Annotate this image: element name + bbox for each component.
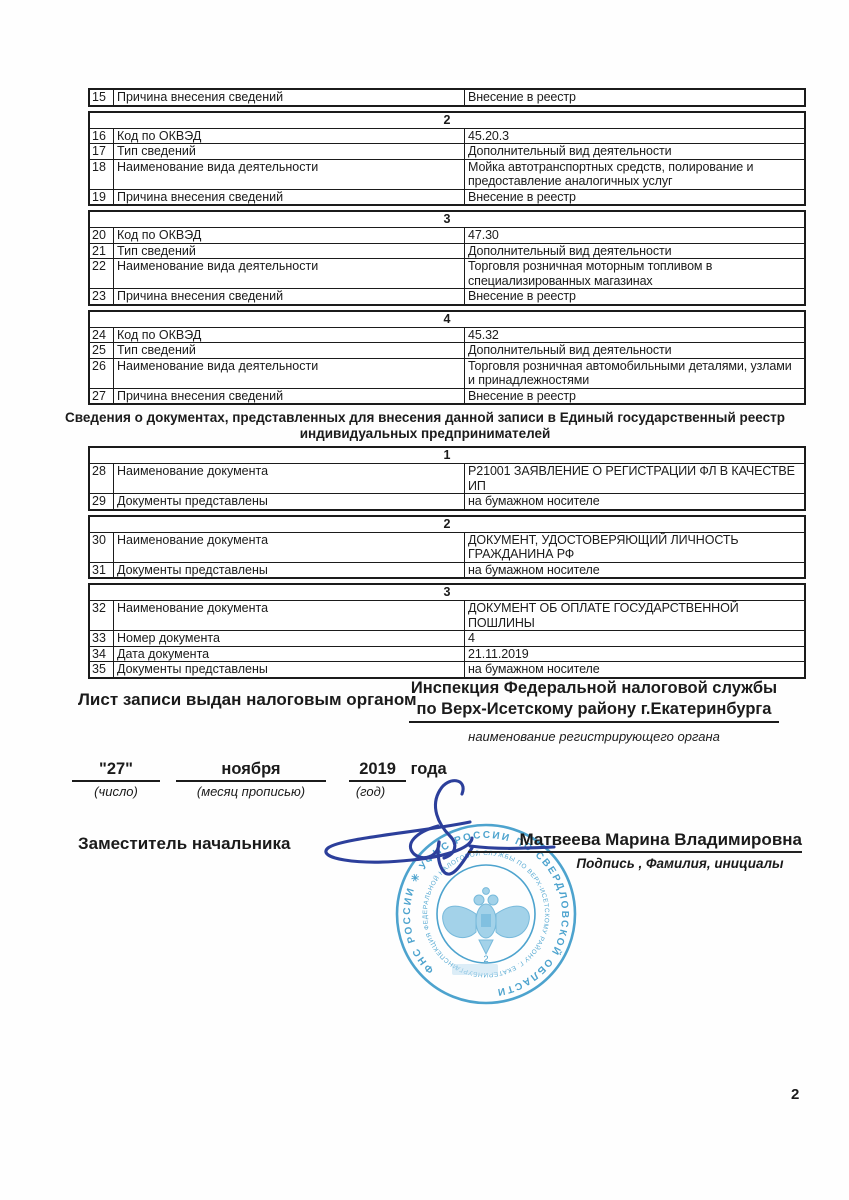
row-label: Причина внесения сведений (114, 190, 465, 205)
row-label: Причина внесения сведений (114, 90, 465, 105)
row-number: 31 (90, 563, 114, 578)
authority-name-line1: Инспекция Федеральной налоговой службы (398, 678, 790, 699)
row-label: Тип сведений (114, 144, 465, 159)
table-group-3: 3 20 Код по ОКВЭД 47.30 21 Тип сведений … (88, 210, 806, 306)
table-row: 35 Документы представлены на бумажном но… (90, 662, 804, 677)
row-number: 26 (90, 359, 114, 388)
row-number: 22 (90, 259, 114, 288)
section-title-line2: индивидуальных предпринимателей (55, 426, 795, 442)
doc-group-1: 1 28 Наименование документа Р21001 ЗАЯВЛ… (88, 446, 806, 511)
registering-authority: Инспекция Федеральной налоговой службы п… (398, 678, 790, 747)
row-value: Торговля розничная моторным топливом в с… (465, 259, 804, 288)
row-label: Дата документа (114, 647, 465, 662)
table-row: 18 Наименование вида деятельности Мойка … (90, 160, 804, 190)
group-number: 4 (90, 312, 804, 328)
table-row: 25 Тип сведений Дополнительный вид деяте… (90, 343, 804, 359)
official-name: Матвеева Марина Владимировна (470, 830, 802, 850)
row-number: 28 (90, 464, 114, 493)
date-month-value: ноября (176, 760, 326, 782)
row-value: Мойка автотранспортных средств, полирова… (465, 160, 804, 189)
row-label: Документы представлены (114, 563, 465, 578)
row-number: 20 (90, 228, 114, 243)
table-row: 23 Причина внесения сведений Внесение в … (90, 289, 804, 304)
row-value: на бумажном носителе (465, 494, 804, 509)
authority-caption: наименование регистрирующего органа (398, 726, 790, 747)
table-group-1-tail: 15 Причина внесения сведений Внесение в … (88, 88, 806, 107)
stamp-eagle (443, 888, 530, 954)
row-label: Тип сведений (114, 343, 465, 358)
table-row: 19 Причина внесения сведений Внесение в … (90, 190, 804, 205)
row-number: 21 (90, 244, 114, 259)
row-label: Код по ОКВЭД (114, 129, 465, 144)
row-value: Торговля розничная автомобильными деталя… (465, 359, 804, 388)
table-row: 34 Дата документа 21.11.2019 (90, 647, 804, 663)
table-row: 26 Наименование вида деятельности Торгов… (90, 359, 804, 389)
group-number: 2 (90, 113, 804, 129)
stamp-number: 2 (483, 954, 488, 964)
row-value: на бумажном носителе (465, 662, 804, 677)
row-number: 15 (90, 90, 114, 105)
table-row: 28 Наименование документа Р21001 ЗАЯВЛЕН… (90, 464, 804, 494)
table-row: 22 Наименование вида деятельности Торгов… (90, 259, 804, 289)
row-number: 16 (90, 129, 114, 144)
row-number: 33 (90, 631, 114, 646)
row-value: Р21001 ЗАЯВЛЕНИЕ О РЕГИСТРАЦИИ ФЛ В КАЧЕ… (465, 464, 804, 493)
table-row: 30 Наименование документа ДОКУМЕНТ, УДОС… (90, 533, 804, 563)
row-number: 25 (90, 343, 114, 358)
row-number: 24 (90, 328, 114, 343)
row-number: 19 (90, 190, 114, 205)
row-number: 18 (90, 160, 114, 189)
row-number: 29 (90, 494, 114, 509)
table-row: 20 Код по ОКВЭД 47.30 (90, 228, 804, 244)
table-row: 27 Причина внесения сведений Внесение в … (90, 389, 804, 404)
row-label: Наименование вида деятельности (114, 160, 465, 189)
signature-caption: Подпись , Фамилия, инициалы (560, 856, 800, 871)
table-row: 31 Документы представлены на бумажном но… (90, 563, 804, 578)
date-day-caption: (число) (72, 784, 160, 799)
row-label: Документы представлены (114, 494, 465, 509)
row-value: Дополнительный вид деятельности (465, 144, 804, 159)
row-value: Внесение в реестр (465, 289, 804, 304)
row-value: ДОКУМЕНТ, УДОСТОВЕРЯЮЩИЙ ЛИЧНОСТЬ ГРАЖДА… (465, 533, 804, 562)
row-number: 35 (90, 662, 114, 677)
date-month-caption: (месяц прописью) (176, 784, 326, 799)
row-label: Наименование документа (114, 533, 465, 562)
row-value: Внесение в реестр (465, 389, 804, 404)
row-value: 47.30 (465, 228, 804, 243)
table-row: 16 Код по ОКВЭД 45.20.3 (90, 129, 804, 145)
table-row: 24 Код по ОКВЭД 45.32 (90, 328, 804, 344)
official-title: Заместитель начальника (78, 834, 290, 854)
row-number: 30 (90, 533, 114, 562)
row-value: 45.32 (465, 328, 804, 343)
row-label: Причина внесения сведений (114, 389, 465, 404)
row-value: Дополнительный вид деятельности (465, 244, 804, 259)
row-value: Дополнительный вид деятельности (465, 343, 804, 358)
row-label: Наименование вида деятельности (114, 359, 465, 388)
row-number: 27 (90, 389, 114, 404)
row-label: Документы представлены (114, 662, 465, 677)
table-row: 15 Причина внесения сведений Внесение в … (90, 90, 804, 105)
row-label: Код по ОКВЭД (114, 228, 465, 243)
row-label: Наименование документа (114, 464, 465, 493)
table-row: 32 Наименование документа ДОКУМЕНТ ОБ ОП… (90, 601, 804, 631)
row-value: ДОКУМЕНТ ОБ ОПЛАТЕ ГОСУДАРСТВЕННОЙ ПОШЛИ… (465, 601, 804, 630)
stamp-smudge (452, 964, 498, 975)
group-number: 1 (90, 448, 804, 464)
row-value: на бумажном носителе (465, 563, 804, 578)
table-row: 29 Документы представлены на бумажном но… (90, 494, 804, 509)
registration-table: 15 Причина внесения сведений Внесение в … (88, 88, 806, 409)
doc-group-2: 2 30 Наименование документа ДОКУМЕНТ, УД… (88, 515, 806, 580)
row-number: 34 (90, 647, 114, 662)
table-row: 21 Тип сведений Дополнительный вид деяте… (90, 244, 804, 260)
row-label: Код по ОКВЭД (114, 328, 465, 343)
document-page: 15 Причина внесения сведений Внесение в … (0, 0, 849, 1200)
row-value: 4 (465, 631, 804, 646)
table-row: 17 Тип сведений Дополнительный вид деяте… (90, 144, 804, 160)
group-number: 3 (90, 585, 804, 601)
page-number: 2 (791, 1086, 799, 1103)
table-group-4: 4 24 Код по ОКВЭД 45.32 25 Тип сведений … (88, 310, 806, 406)
documents-table: 1 28 Наименование документа Р21001 ЗАЯВЛ… (88, 446, 806, 683)
date-month-field: ноября (месяц прописью) (176, 760, 326, 799)
row-label: Номер документа (114, 631, 465, 646)
table-row: 33 Номер документа 4 (90, 631, 804, 647)
issued-by-label: Лист записи выдан налоговым органом (78, 690, 417, 710)
row-value: Внесение в реестр (465, 190, 804, 205)
authority-name-line2: по Верх-Исетскому району г.Екатеринбурга (409, 699, 780, 723)
row-label: Наименование вида деятельности (114, 259, 465, 288)
row-label: Тип сведений (114, 244, 465, 259)
section-title-line1: Сведения о документах, представленных дл… (55, 410, 795, 426)
signature-line (468, 851, 802, 853)
documents-section-title: Сведения о документах, представленных дл… (55, 410, 795, 442)
group-number: 2 (90, 517, 804, 533)
row-value: Внесение в реестр (465, 90, 804, 105)
group-number: 3 (90, 212, 804, 228)
table-group-2: 2 16 Код по ОКВЭД 45.20.3 17 Тип сведени… (88, 111, 806, 207)
row-number: 32 (90, 601, 114, 630)
doc-group-3: 3 32 Наименование документа ДОКУМЕНТ ОБ … (88, 583, 806, 679)
row-number: 23 (90, 289, 114, 304)
row-label: Наименование документа (114, 601, 465, 630)
row-number: 17 (90, 144, 114, 159)
date-day-field: "27" (число) (72, 760, 160, 799)
row-value: 45.20.3 (465, 129, 804, 144)
row-label: Причина внесения сведений (114, 289, 465, 304)
row-value: 21.11.2019 (465, 647, 804, 662)
date-day-value: "27" (72, 760, 160, 782)
